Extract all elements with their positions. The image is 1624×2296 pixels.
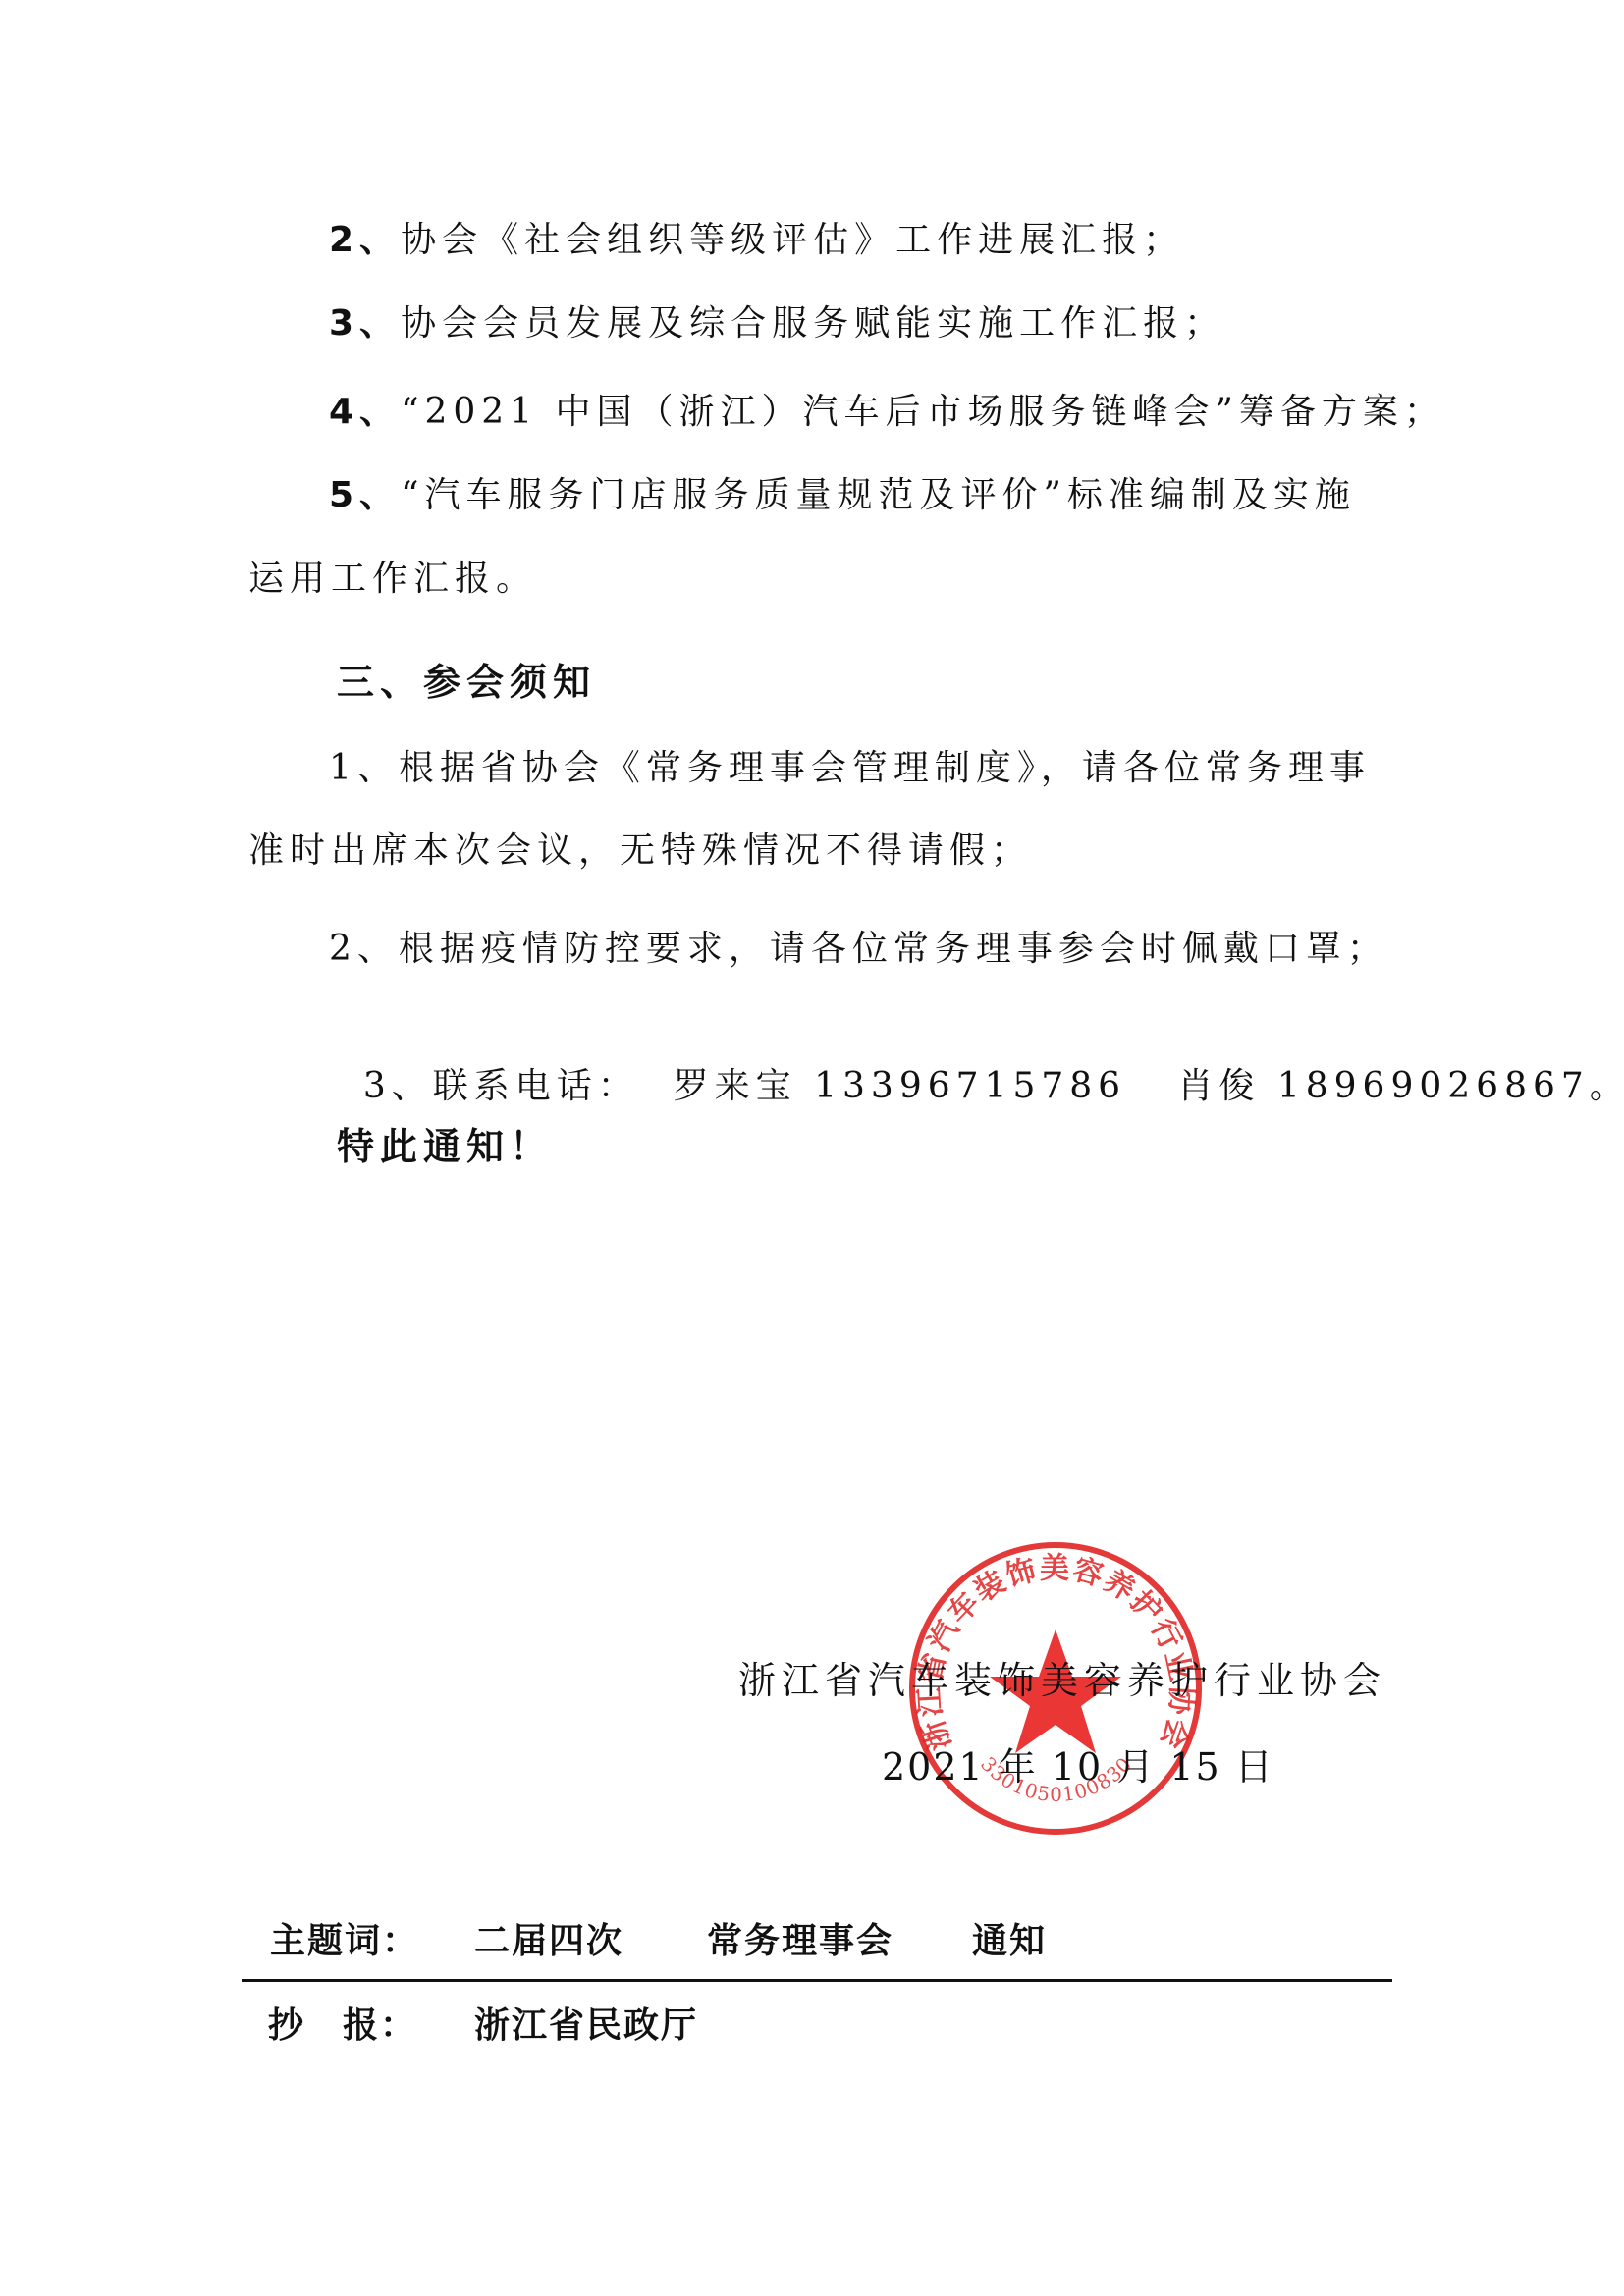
- item-number: 5、: [329, 475, 401, 515]
- notice-item-1-continuation: 准时出席本次会议，无特殊情况不得请假；: [248, 829, 1032, 873]
- keyword: 通知: [972, 1920, 1047, 1963]
- item-number: 3、: [329, 303, 401, 344]
- item-number: 4、: [329, 392, 401, 432]
- agenda-item-4: 4、“2021 中国（浙江）汽车后市场服务链峰会”筹备方案；: [329, 391, 1445, 434]
- cc-label: 抄 报：: [268, 2004, 417, 2048]
- closing-remark: 特此通知！: [337, 1125, 553, 1168]
- agenda-item-5: 5、“汽车服务门店服务质量规范及评价”标准编制及实施: [329, 474, 1356, 517]
- section-heading: 三、参会须知: [337, 661, 596, 704]
- agenda-item-2: 2、协会《社会组织等级评估》工作进展汇报；: [329, 219, 1184, 262]
- agenda-item-3: 3、协会会员发展及综合服务赋能实施工作汇报；: [329, 302, 1225, 346]
- footer-divider: [242, 1979, 1392, 1982]
- cc-recipient: 浙江省民政厅: [474, 2004, 698, 2048]
- item-number: 2、: [329, 929, 399, 969]
- item-text: 协会会员发展及综合服务赋能实施工作汇报；: [401, 303, 1225, 344]
- item-number: 3、: [363, 1066, 433, 1106]
- keyword: 常务理事会: [707, 1920, 893, 1963]
- signature-organization: 浙江省汽车装饰美容养护行业协会: [738, 1659, 1386, 1702]
- item-text: 根据疫情防控要求，请各位常务理事参会时佩戴口罩；: [399, 929, 1388, 969]
- item-text: 联系电话： 罗来宝 13396715786 肖俊 18969026867。: [433, 1066, 1624, 1106]
- item-text: 协会《社会组织等级评估》工作进展汇报；: [401, 220, 1184, 260]
- notice-item-2: 2、根据疫情防控要求，请各位常务理事参会时佩戴口罩；: [329, 928, 1388, 971]
- signature-date: 2021 年 10 月 15 日: [882, 1745, 1274, 1789]
- agenda-item-5-continuation: 运用工作汇报。: [248, 558, 537, 601]
- item-number: 2、: [329, 220, 401, 260]
- item-text: 根据省协会《常务理事会管理制度》，请各位常务理事: [399, 748, 1371, 788]
- keywords-label: 主题词：: [270, 1920, 419, 1963]
- notice-item-1: 1、根据省协会《常务理事会管理制度》，请各位常务理事: [329, 747, 1371, 790]
- item-number: 1、: [329, 748, 399, 788]
- item-text: “汽车服务门店服务质量规范及评价”标准编制及实施: [401, 475, 1356, 515]
- notice-item-3-contacts: 3、联系电话： 罗来宝 13396715786 肖俊 18969026867。: [329, 1022, 1624, 1108]
- keyword: 二届四次: [474, 1920, 623, 1963]
- item-text: “2021 中国（浙江）汽车后市场服务链峰会”筹备方案；: [401, 392, 1445, 432]
